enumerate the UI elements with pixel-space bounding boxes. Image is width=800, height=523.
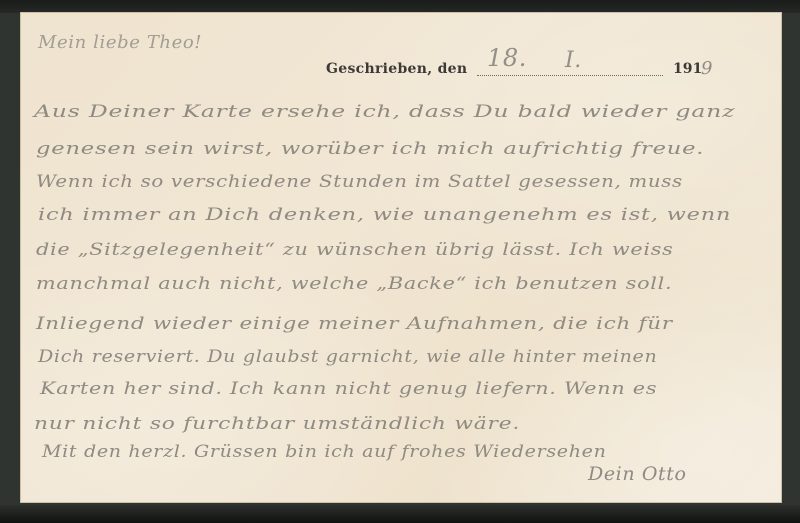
body-line-2: genesen sein wirst, worüber ich mich auf… xyxy=(36,139,704,159)
body-line-9: Karten her sind. Ich kann nicht genug li… xyxy=(40,379,657,399)
date-year-digit: 9 xyxy=(701,58,713,79)
body-line-4: ich immer an Dich denken, wie unangenehm… xyxy=(38,205,731,225)
body-line-8: Dich reserviert. Du glaubst garnicht, wi… xyxy=(38,347,657,367)
date-year-prefix: 191 xyxy=(673,61,702,77)
date-day: 18. xyxy=(487,44,527,72)
frame-bottom-edge xyxy=(0,505,800,523)
body-line-1: Aus Deiner Karte ersehe ich, dass Du bal… xyxy=(34,102,735,122)
body-line-11: Mit den herzl. Grüssen bin ich auf frohe… xyxy=(42,442,607,462)
date-dotted-line xyxy=(477,75,663,76)
postcard: Mein liebe Theo! Geschrieben, den 18. I.… xyxy=(20,12,782,503)
body-line-7: Inliegend wieder einige meiner Aufnahmen… xyxy=(36,314,673,334)
signature: Dein Otto xyxy=(588,463,687,485)
greeting: Mein liebe Theo! xyxy=(38,32,202,53)
body-line-6: manchmal auch nicht, welche „Backe“ ich … xyxy=(36,274,672,294)
date-month: I. xyxy=(565,48,582,73)
body-line-5: die „Sitzgelegenheit“ zu wünschen übrig … xyxy=(36,240,674,260)
printed-date-label: Geschrieben, den xyxy=(326,61,467,77)
body-line-10: nur nicht so furchtbar umständlich wäre. xyxy=(34,414,520,434)
body-line-3: Wenn ich so verschiedene Stunden im Satt… xyxy=(36,172,683,192)
